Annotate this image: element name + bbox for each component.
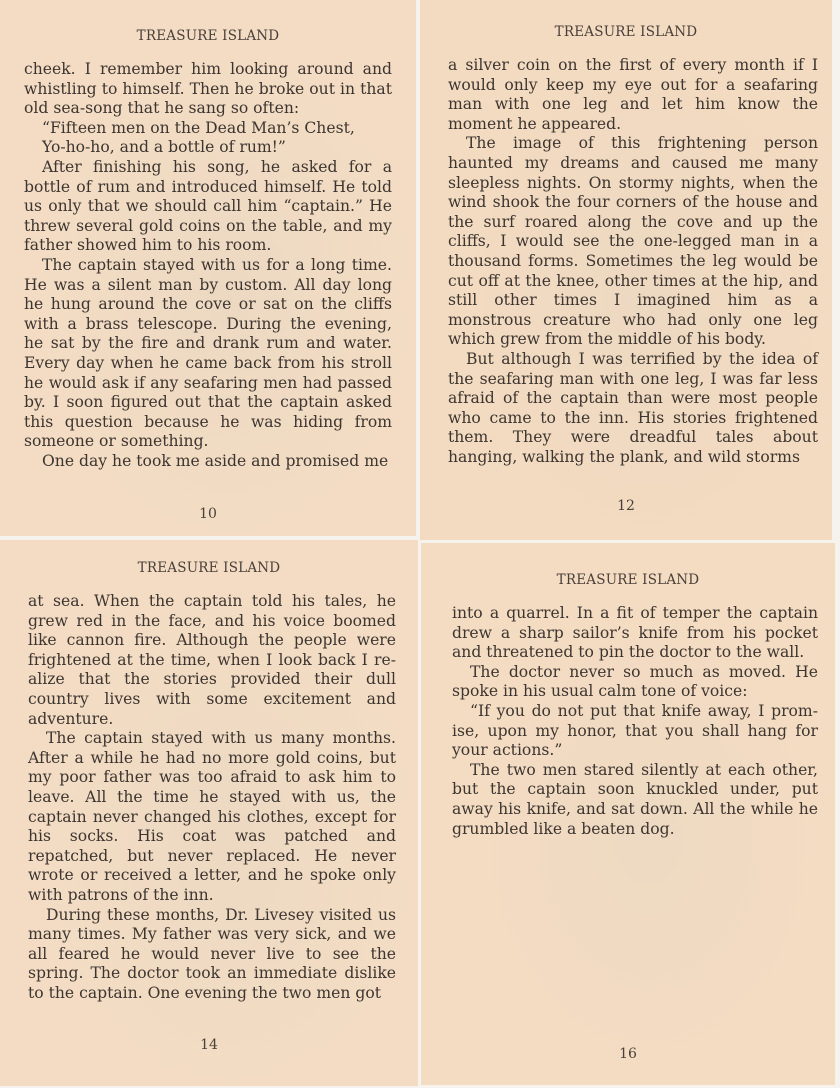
book-page-14: TREASURE ISLAND at sea. When the captain… (0, 540, 418, 1086)
page-body: a silver coin on the first of every mont… (448, 56, 818, 467)
paragraph: The captain stayed with us many months. … (28, 729, 396, 905)
verse-line: Yo-ho-ho, and a bottle of rum!” (24, 138, 392, 158)
paragraph: The two men stared silently at each othe… (452, 761, 818, 839)
paragraph: at sea. When the captain told his tales,… (28, 592, 396, 729)
paragraph: But although I was terrified by the idea… (448, 350, 818, 468)
paragraph: a silver coin on the first of every mont… (448, 56, 818, 134)
running-head: TREASURE ISLAND (0, 28, 416, 44)
paragraph: One day he took me aside and promised me (24, 452, 392, 472)
page-body: cheek. I remember him looking around and… (24, 60, 392, 471)
paragraph: During these months, Dr. Livesey visited… (28, 906, 396, 1004)
book-page-10: TREASURE ISLAND cheek. I remember him lo… (0, 0, 416, 536)
paragraph: into a quarrel. In a fit of temper the c… (452, 604, 818, 663)
book-page-16: TREASURE ISLAND into a quarrel. In a fit… (421, 543, 835, 1085)
paragraph: “If you do not put that knife away, I pr… (452, 702, 818, 761)
paragraph: The captain stayed with us for a long ti… (24, 256, 392, 452)
running-head: TREASURE ISLAND (0, 560, 418, 576)
paragraph: The doctor never so much as moved. He sp… (452, 663, 818, 702)
paragraph: After finishing his song, he asked for a… (24, 158, 392, 256)
page-number: 16 (421, 1046, 835, 1062)
verse-line: “Fifteen men on the Dead Man’s Chest, (24, 119, 392, 139)
page-number: 10 (0, 506, 416, 522)
running-head: TREASURE ISLAND (420, 24, 832, 40)
page-body: into a quarrel. In a fit of temper the c… (452, 604, 818, 839)
running-head: TREASURE ISLAND (421, 572, 835, 588)
book-page-12: TREASURE ISLAND a silver coin on the fir… (420, 0, 832, 540)
page-number: 14 (0, 1037, 418, 1053)
paragraph: cheek. I remember him looking around and… (24, 60, 392, 119)
page-body: at sea. When the captain told his tales,… (28, 592, 396, 1003)
paragraph: The image of this frightening person hau… (448, 134, 818, 350)
page-number: 12 (420, 498, 832, 514)
